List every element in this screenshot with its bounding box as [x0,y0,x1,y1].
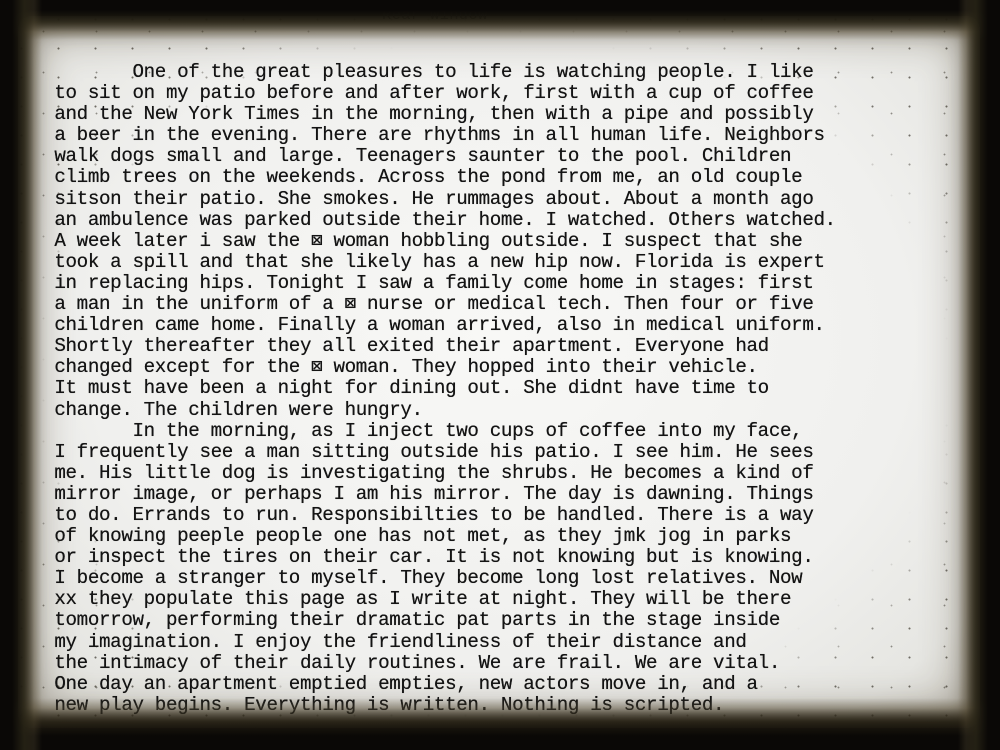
text-line: mirror image, or perhaps I am his mirror… [32,484,982,505]
text-line: to sit on my patio before and after work… [32,83,982,104]
text-line: a man in the uniform of a ⊠ nurse or med… [32,294,982,315]
text-line: new play begins. Everything is written. … [32,695,982,716]
text-line: I become a stranger to myself. They beco… [32,568,982,589]
text-line: in replacing hips. Tonight I saw a famil… [32,273,982,294]
text-line: One day an apartment emptied empties, ne… [32,674,982,695]
text-line: children came home. Finally a woman arri… [32,315,982,336]
text-line: me. His little dog is investigating the … [32,463,982,484]
document: Rear Window One of the great pleasures t… [0,0,1000,750]
text-line: I frequently see a man sitting outside h… [32,442,982,463]
text-line: In the morning, as I inject two cups of … [32,421,982,442]
text-line: took a spill and that she likely has a n… [32,252,982,273]
text-line: One of the great pleasures to life is wa… [32,62,982,83]
text-line: the intimacy of their daily routines. We… [32,653,982,674]
text-line: change. The children were hungry. [32,400,982,421]
document-body: One of the great pleasures to life is wa… [32,62,982,716]
text-line: my imagination. I enjoy the friendliness… [32,632,982,653]
text-line: tomorrow, performing their dramatic pat … [32,610,982,631]
text-line: A week later i saw the ⊠ woman hobbling … [32,231,982,252]
text-line: Shortly thereafter they all exited their… [32,336,982,357]
text-line: of knowing peeple people one has not met… [32,526,982,547]
document-title: Rear Window [382,5,488,25]
text-line: or inspect the tires on their car. It is… [32,547,982,568]
text-line: climb trees on the weekends. Across the … [32,167,982,188]
text-line: to do. Errands to run. Responsibilties t… [32,505,982,526]
text-line: changed except for the ⊠ woman. They hop… [32,357,982,378]
text-line: It must have been a night for dining out… [32,378,982,399]
text-line: sitson their patio. She smokes. He rumma… [32,189,982,210]
text-line: a beer in the evening. There are rhythms… [32,125,982,146]
text-line: an ambulence was parked outside their ho… [32,210,982,231]
text-line: walk dogs small and large. Teenagers sau… [32,146,982,167]
text-line: xx they populate this page as I write at… [32,589,982,610]
text-line: and the New York Times in the morning, t… [32,104,982,125]
photo-frame: Rear Window One of the great pleasures t… [0,0,1000,750]
